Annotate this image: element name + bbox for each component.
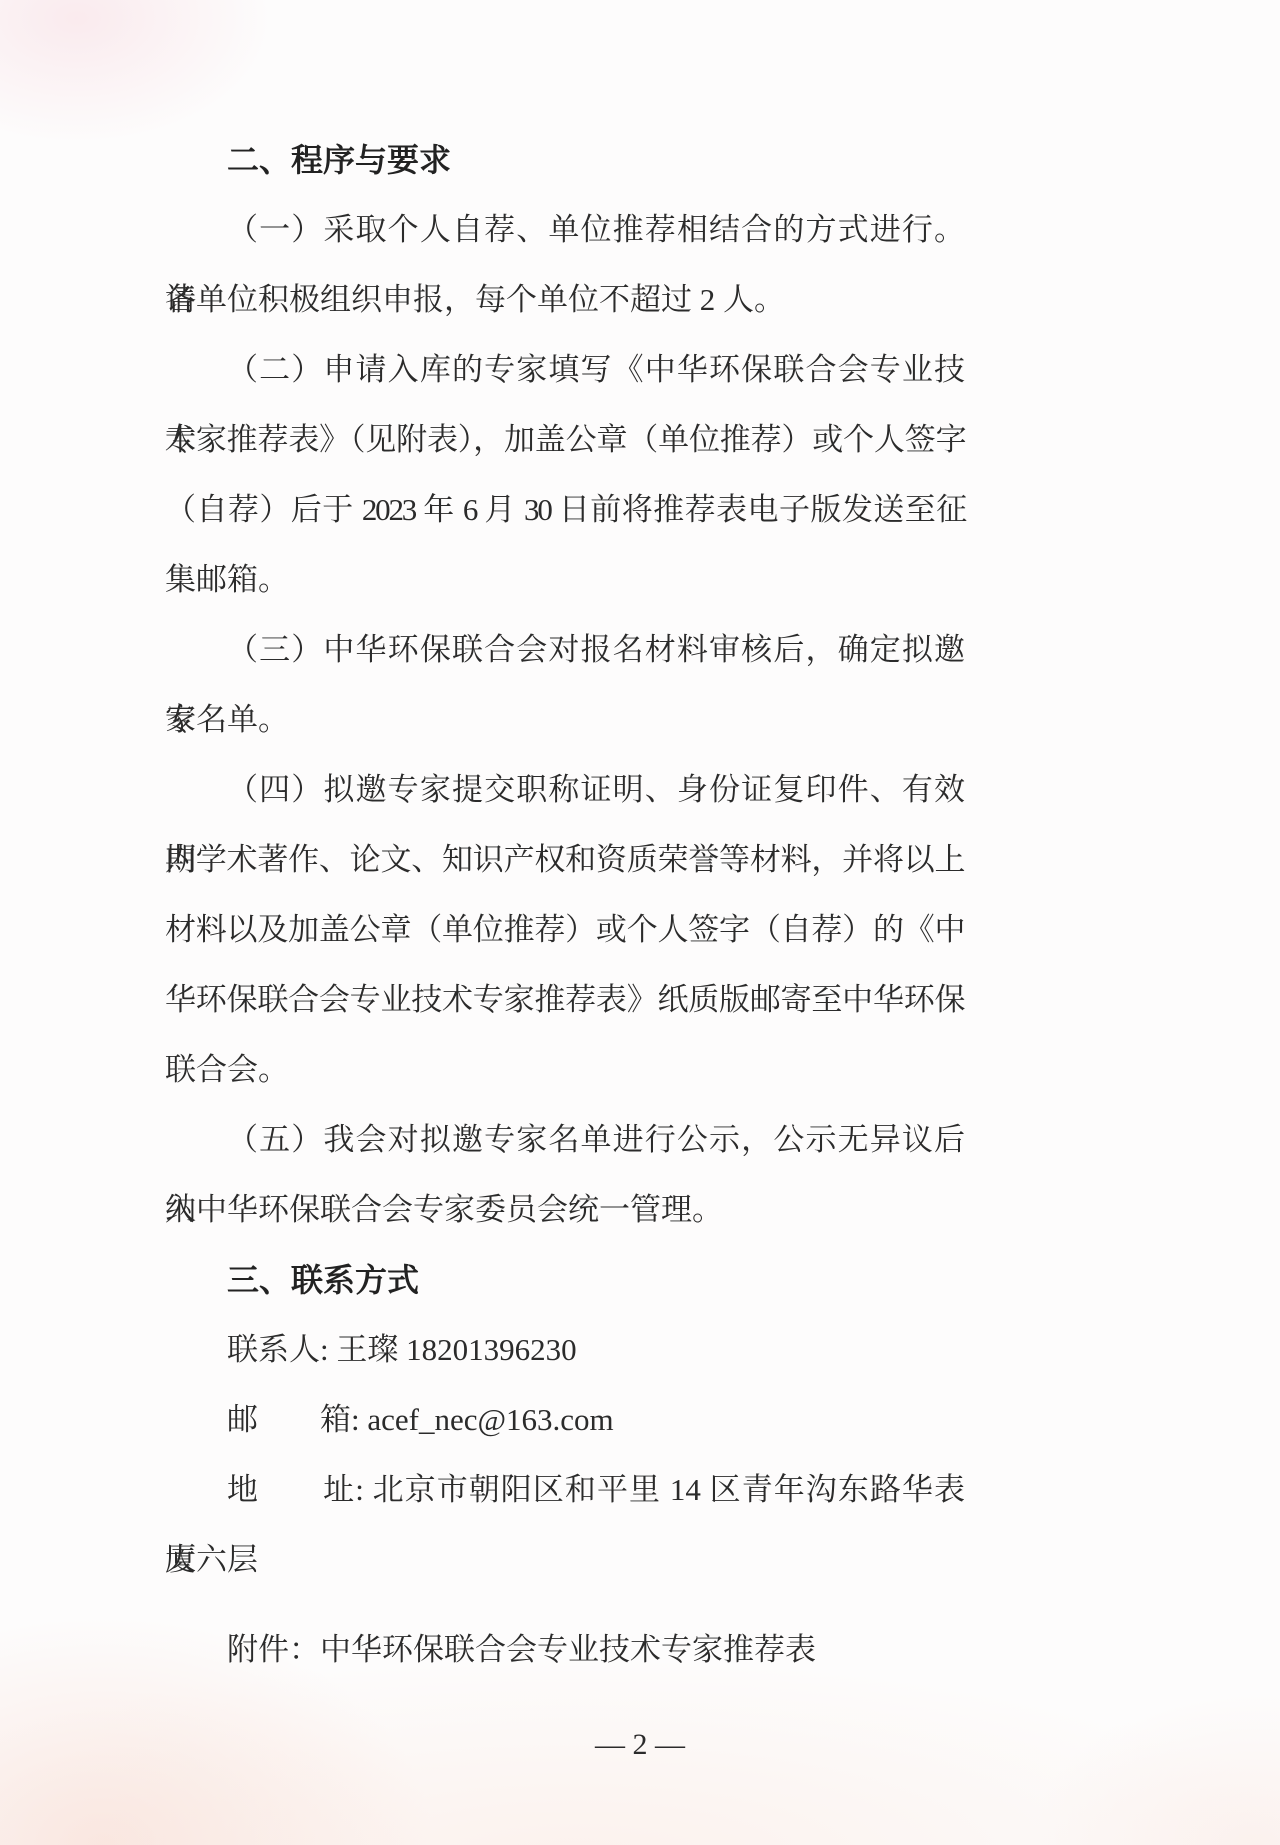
page-number: — 2 —	[0, 1710, 1280, 1780]
para-2-line-2: 专家推荐表》（见附表），加盖公章（单位推荐）或个人签字	[165, 405, 965, 475]
para-4-line-2: 内学术著作、论文、知识产权和资质荣誉等材料，并将以上	[165, 825, 965, 895]
para-4-line-3: 材料以及加盖公章（单位推荐）或个人签字（自荐）的《中	[165, 895, 965, 965]
document-body: 二、程序与要求 （一）采取个人自荐、单位推荐相结合的方式进行。请 各单位积极组织…	[165, 125, 965, 1685]
para-1-line-2: 各单位积极组织申报，每个单位不超过 2 人。	[165, 265, 965, 335]
para-4-line-5: 联合会。	[165, 1035, 965, 1105]
section-heading-procedures: 二、程序与要求	[165, 125, 965, 195]
para-2-line-3: （自荐）后于 2023 年 6 月 30 日前将推荐表电子版发送至征	[165, 475, 965, 545]
document-page: 二、程序与要求 （一）采取个人自荐、单位推荐相结合的方式进行。请 各单位积极组织…	[0, 0, 1280, 1845]
para-2-line-4: 集邮箱。	[165, 545, 965, 615]
para-3-line-1: （三）中华环保联合会对报名材料审核后，确定拟邀专	[165, 615, 965, 685]
para-4-line-1: （四）拟邀专家提交职称证明、身份证复印件、有效期	[165, 755, 965, 825]
para-5-line-1: （五）我会对拟邀专家名单进行公示，公示无异议后纳	[165, 1105, 965, 1175]
para-2-line-1: （二）申请入库的专家填写《中华环保联合会专业技术	[165, 335, 965, 405]
attachment-line: 附件：中华环保联合会专业技术专家推荐表	[165, 1615, 965, 1685]
contact-address-line-2: 厦六层	[165, 1525, 965, 1595]
para-1-line-1: （一）采取个人自荐、单位推荐相结合的方式进行。请	[165, 195, 965, 265]
contact-address-line: 地 址: 北京市朝阳区和平里 14 区青年沟东路华表大	[165, 1455, 965, 1525]
contact-email-line: 邮 箱: acef_nec@163.com	[165, 1385, 965, 1455]
para-3-line-2: 家名单。	[165, 685, 965, 755]
para-5-line-2: 入中华环保联合会专家委员会统一管理。	[165, 1175, 965, 1245]
para-4-line-4: 华环保联合会专业技术专家推荐表》纸质版邮寄至中华环保	[165, 965, 965, 1035]
contact-person-line: 联系人: 王璨 18201396230	[165, 1315, 965, 1385]
section-heading-contact: 三、联系方式	[165, 1245, 965, 1315]
